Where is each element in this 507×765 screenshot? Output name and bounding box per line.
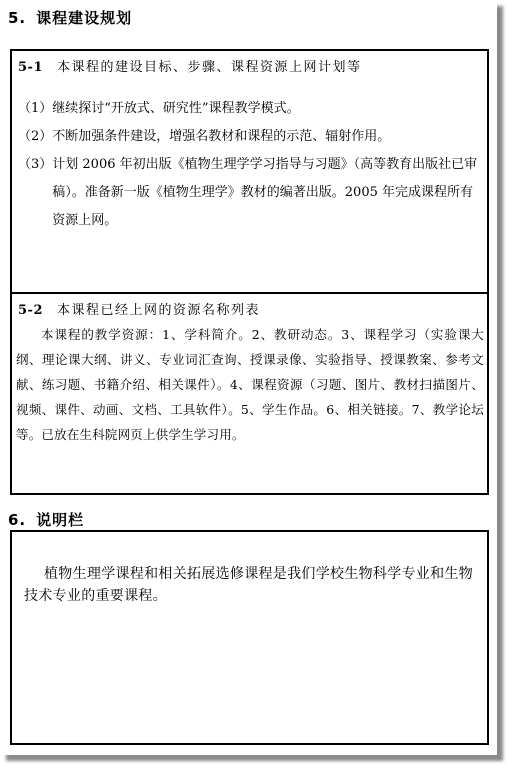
item-text: 不断加强条件建设，增强名教材和课程的示范、辐射作用。: [52, 123, 483, 151]
block-5-2-label: 5-2: [18, 303, 43, 318]
section-5-heading: 5.课程建设规划: [8, 7, 132, 28]
list-item: （1） 继续探讨“开放式、研究性”课程教学模式。: [18, 95, 483, 123]
section-6-heading: 6.说明栏: [8, 509, 84, 530]
block-5-1: 5-1本课程的建设目标、步骤、课程资源上网计划等 （1） 继续探讨“开放式、研究…: [12, 51, 487, 294]
section-6-box: 植物生理学课程和相关拓展选修课程是我们学校生物科学专业和生物技术专业的重要课程。: [10, 530, 489, 745]
item-number: （3）: [18, 151, 52, 179]
plan-items-list: （1） 继续探讨“开放式、研究性”课程教学模式。 （2） 不断加强条件建设，增强…: [18, 95, 483, 235]
block-5-1-title: 本课程的建设目标、步骤、课程资源上网计划等: [57, 60, 362, 75]
item-text: 继续探讨“开放式、研究性”课程教学模式。: [52, 95, 483, 123]
section-6-title: 说明栏: [36, 511, 84, 529]
block-5-2-title: 本课程已经上网的资源名称列表: [57, 303, 260, 318]
list-item: （3） 计划 2006 年初出版《植物生理学学习指导与习题》（高等教育出版社已审…: [18, 151, 483, 235]
section-5-title: 课程建设规划: [36, 9, 132, 27]
block-5-2: 5-2本课程已经上网的资源名称列表 本课程的教学资源：1、学科简介。2、教研动态…: [12, 294, 487, 491]
list-item: （2） 不断加强条件建设，增强名教材和课程的示范、辐射作用。: [18, 123, 483, 151]
notes-paragraph: 植物生理学课程和相关拓展选修课程是我们学校生物科学专业和生物技术专业的重要课程。: [12, 532, 487, 607]
document-page: 5.课程建设规划 5-1本课程的建设目标、步骤、课程资源上网计划等 （1） 继续…: [0, 0, 497, 755]
online-resources-paragraph: 本课程的教学资源：1、学科简介。2、教研动态。3、课程学习（实验课大纲、理论课大…: [16, 322, 484, 447]
item-number: （1）: [18, 95, 52, 123]
item-number: （2）: [18, 123, 52, 151]
block-5-1-header: 5-1本课程的建设目标、步骤、课程资源上网计划等: [18, 56, 362, 75]
block-5-2-header: 5-2本课程已经上网的资源名称列表: [18, 299, 260, 318]
section-5-table: 5-1本课程的建设目标、步骤、课程资源上网计划等 （1） 继续探讨“开放式、研究…: [10, 49, 489, 495]
section-5-number: 5.: [8, 9, 26, 27]
block-5-1-label: 5-1: [18, 60, 43, 75]
item-text: 计划 2006 年初出版《植物生理学学习指导与习题》（高等教育出版社已审稿）。准…: [52, 151, 483, 235]
section-6-number: 6.: [8, 511, 26, 529]
